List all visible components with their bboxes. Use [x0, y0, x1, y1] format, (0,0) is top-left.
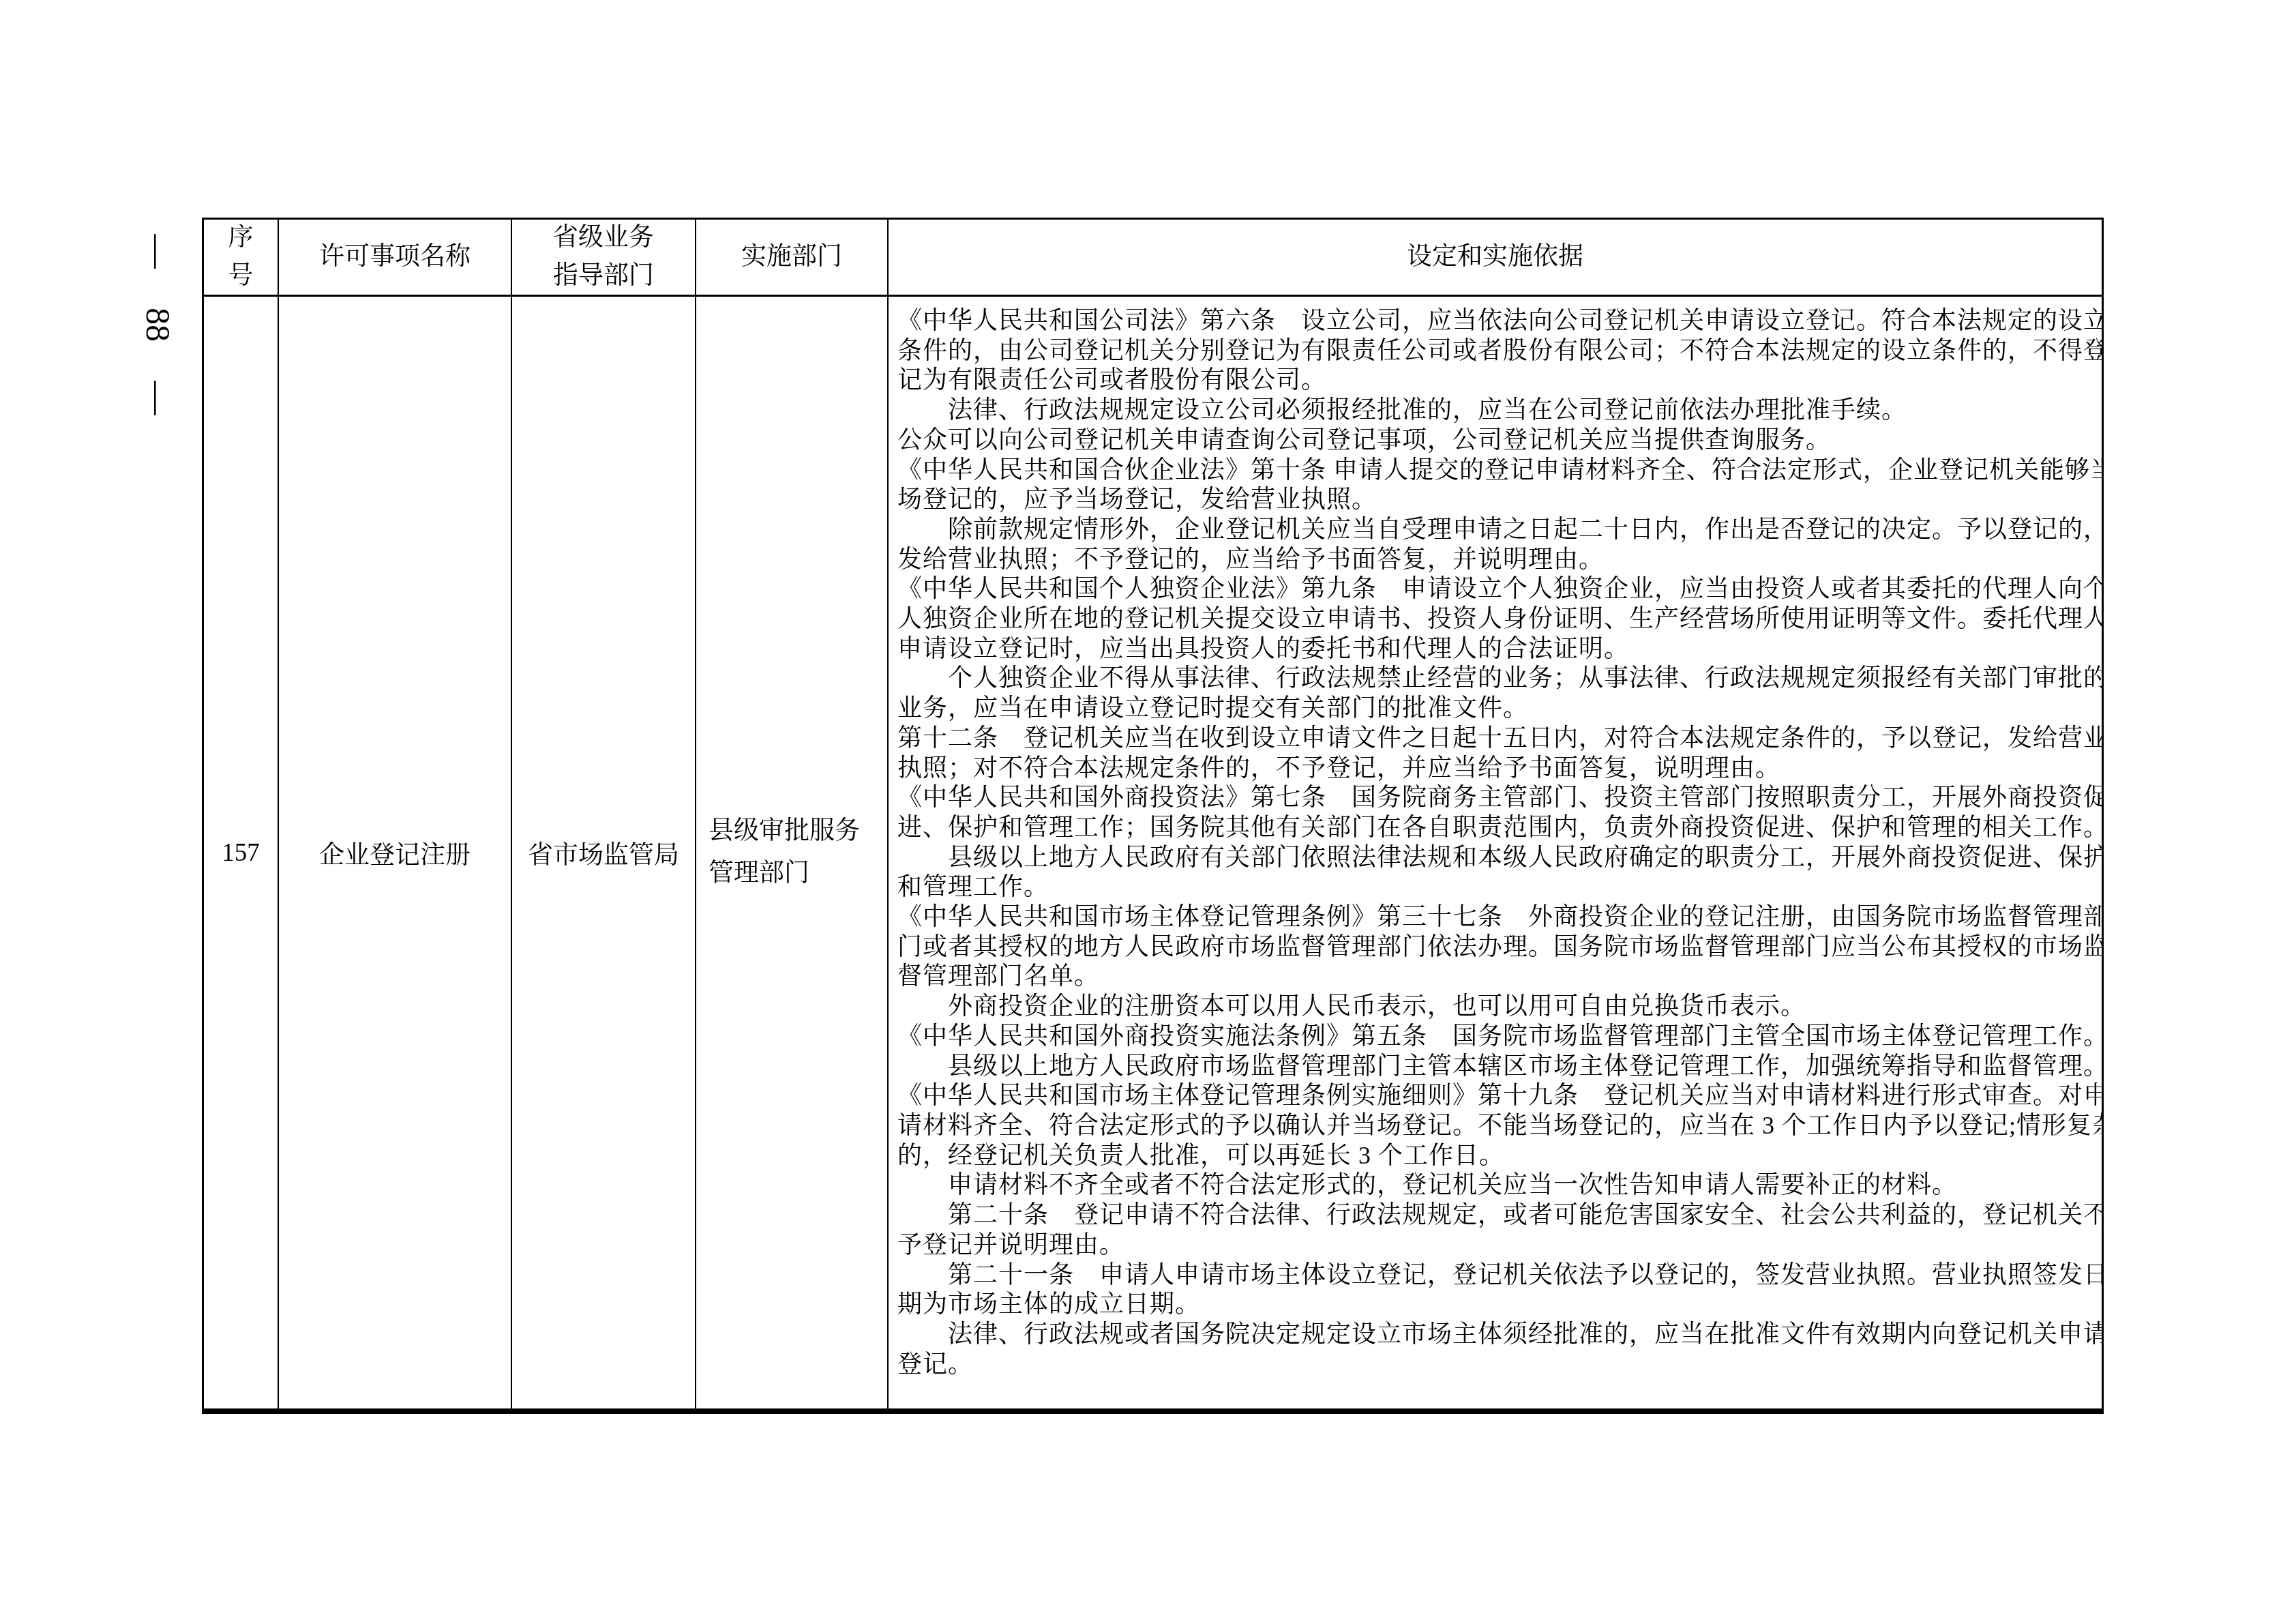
header-implementation-dept: 实施部门 — [696, 220, 889, 297]
basis-line: 进、保护和管理工作；国务院其他有关部门在各自职责范围内，负责外商投资促进、保护和… — [897, 813, 2093, 843]
item-name-value: 企业登记注册 — [319, 834, 471, 871]
basis-line: 《中华人民共和国公司法》第六条 设立公司，应当依法向公司登记机关申请设立登记。符… — [897, 306, 2093, 336]
basis-line: 发给营业执照；不予登记的，应当给予书面答复，并说明理由。 — [897, 545, 2093, 575]
dept-line: 县级审批服务 — [709, 810, 860, 853]
serial-number-value: 157 — [222, 838, 260, 868]
basis-line: 的，经登记机关负责人批准，可以再延长 3 个工作日。 — [897, 1141, 2093, 1171]
basis-line: 记为有限责任公司或者股份有限公司。 — [897, 366, 2093, 396]
legal-basis-text: 《中华人民共和国公司法》第六条 设立公司，应当依法向公司登记机关申请设立登记。符… — [897, 306, 2093, 1379]
cell-serial-number: 157 — [204, 297, 279, 1408]
cell-legal-basis: 《中华人民共和国公司法》第六条 设立公司，应当依法向公司登记机关申请设立登记。符… — [889, 297, 2102, 1408]
header-line: 省级业务 — [553, 220, 654, 257]
cell-item-name: 企业登记注册 — [279, 297, 512, 1408]
basis-line: 登记。 — [897, 1350, 2093, 1380]
basis-line: 《中华人民共和国市场主体登记管理条例》第三十七条 外商投资企业的登记注册，由国务… — [897, 902, 2093, 932]
header-line: 号 — [228, 257, 254, 295]
header-line: 序 — [228, 220, 254, 257]
header-legal-basis: 设定和实施依据 — [889, 220, 2102, 297]
header-item-name: 许可事项名称 — [279, 220, 512, 297]
basis-line: 法律、行政法规或者国务院决定规定设立市场主体须经批准的，应当在批准文件有效期内向… — [897, 1320, 2093, 1350]
basis-line: 申请设立登记时，应当出具投资人的委托书和代理人的合法证明。 — [897, 634, 2093, 664]
basis-line: 人独资企业所在地的登记机关提交设立申请书、投资人身份证明、生产经营场所使用证明等… — [897, 604, 2093, 634]
basis-line: 第十二条 登记机关应当在收到设立申请文件之日起十五日内，对符合本法规定条件的，予… — [897, 724, 2093, 754]
header-line: 实施部门 — [741, 238, 842, 276]
guidance-dept-value: 省市场监管局 — [528, 834, 679, 871]
basis-line: 执照；对不符合本法规定条件的，不予登记，并应当给予书面答复，说明理由。 — [897, 754, 2093, 784]
basis-line: 申请材料不齐全或者不符合法定形式的，登记机关应当一次性告知申请人需要补正的材料。 — [897, 1170, 2093, 1200]
basis-line: 第二十条 登记申请不符合法律、行政法规规定，或者可能危害国家安全、社会公共利益的… — [897, 1200, 2093, 1230]
basis-line: 公众可以向公司登记机关申请查询公司登记事项，公司登记机关应当提供查询服务。 — [897, 426, 2093, 456]
basis-line: 《中华人民共和国市场主体登记管理条例实施细则》第十九条 登记机关应当对申请材料进… — [897, 1081, 2093, 1111]
basis-line: 期为市场主体的成立日期。 — [897, 1290, 2093, 1320]
basis-line: 场登记的，应予当场登记，发给营业执照。 — [897, 485, 2093, 515]
cell-implementation-dept: 县级审批服务管理部门 — [696, 297, 889, 1408]
basis-line: 和管理工作。 — [897, 872, 2093, 902]
basis-line: 督管理部门名单。 — [897, 962, 2093, 992]
license-items-table: 序号 许可事项名称 省级业务指导部门 实施部门 设定和实施依据 157 企业登记… — [202, 218, 2104, 1414]
page-number: — 88 — — [131, 202, 185, 447]
basis-line: 门或者其授权的地方人民政府市场监督管理部门依法办理。国务院市场监督管理部门应当公… — [897, 932, 2093, 962]
basis-line: 条件的，由公司登记机关分别登记为有限责任公司或者股份有限公司；不符合本法规定的设… — [897, 336, 2093, 366]
implementation-dept-value: 县级审批服务管理部门 — [709, 810, 860, 895]
basis-line: 予登记并说明理由。 — [897, 1230, 2093, 1260]
basis-line: 除前款规定情形外，企业登记机关应当自受理申请之日起二十日内，作出是否登记的决定。… — [897, 515, 2093, 545]
basis-line: 《中华人民共和国个人独资企业法》第九条 申请设立个人独资企业，应当由投资人或者其… — [897, 574, 2093, 604]
basis-line: 第二十一条 申请人申请市场主体设立登记，登记机关依法予以登记的，签发营业执照。营… — [897, 1260, 2093, 1290]
cell-guidance-dept: 省市场监管局 — [512, 297, 696, 1408]
header-guidance-dept: 省级业务指导部门 — [512, 220, 696, 297]
dept-line: 管理部门 — [709, 853, 809, 895]
basis-line: 业务，应当在申请设立登记时提交有关部门的批准文件。 — [897, 694, 2093, 724]
header-line: 许可事项名称 — [319, 238, 471, 276]
basis-line: 外商投资企业的注册资本可以用人民币表示，也可以用可自由兑换货币表示。 — [897, 992, 2093, 1022]
header-serial-number: 序号 — [204, 220, 279, 297]
header-line: 指导部门 — [553, 257, 654, 295]
basis-line: 《中华人民共和国外商投资法》第七条 国务院商务主管部门、投资主管部门按照职责分工… — [897, 783, 2093, 813]
header-line: 设定和实施依据 — [1407, 238, 1583, 276]
basis-line: 请材料齐全、符合法定形式的予以确认并当场登记。不能当场登记的，应当在 3 个工作… — [897, 1111, 2093, 1141]
basis-line: 《中华人民共和国合伙企业法》第十条 申请人提交的登记申请材料齐全、符合法定形式，… — [897, 456, 2093, 486]
basis-line: 县级以上地方人民政府市场监督管理部门主管本辖区市场主体登记管理工作，加强统筹指导… — [897, 1052, 2093, 1082]
basis-line: 县级以上地方人民政府有关部门依照法律法规和本级人民政府确定的职责分工，开展外商投… — [897, 843, 2093, 873]
basis-line: 个人独资企业不得从事法律、行政法规禁止经营的业务；从事法律、行政法规规定须报经有… — [897, 664, 2093, 694]
basis-line: 法律、行政法规规定设立公司必须报经批准的，应当在公司登记前依法办理批准手续。 — [897, 396, 2093, 426]
basis-line: 《中华人民共和国外商投资实施法条例》第五条 国务院市场监督管理部门主管全国市场主… — [897, 1022, 2093, 1052]
